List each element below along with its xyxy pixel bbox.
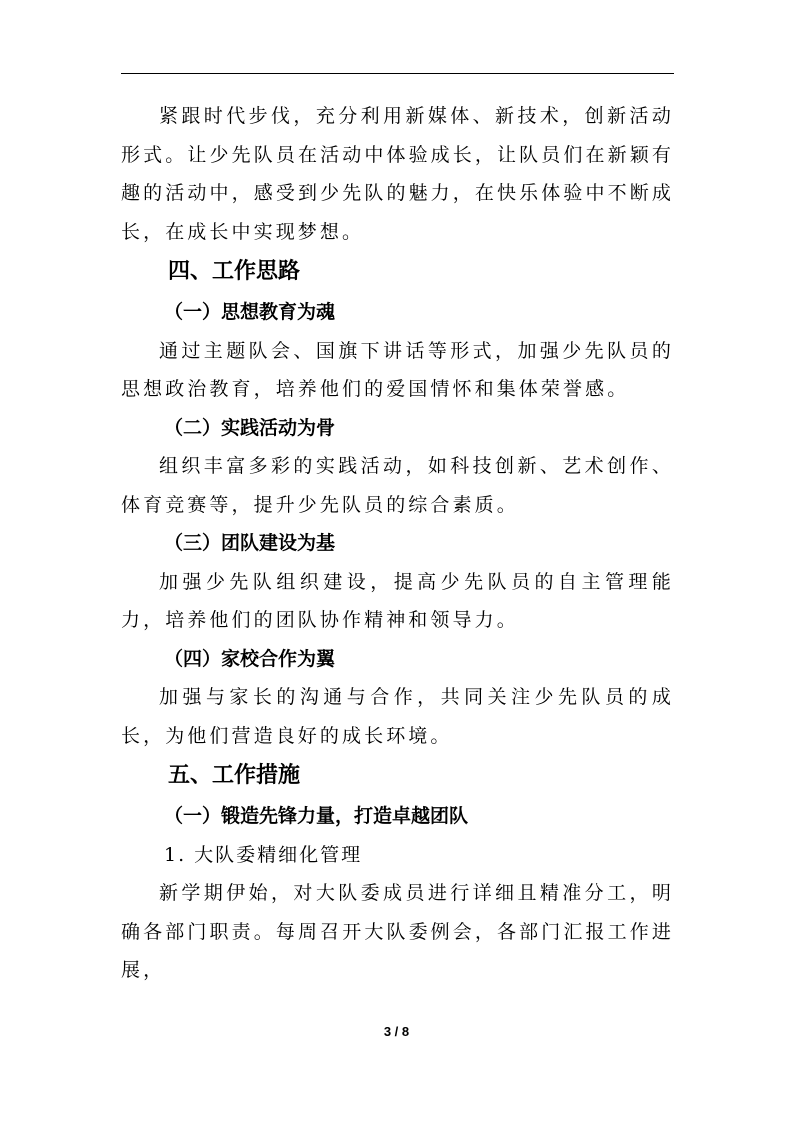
item-heading-5-1-1: 1. 大队委精细化管理 bbox=[121, 836, 674, 875]
paragraph-intro: 紧跟时代步伐，充分利用新媒体、新技术，创新活动形式。让少先队员在活动中体验成长，… bbox=[121, 97, 674, 251]
section-heading-5: 五、工作措施 bbox=[121, 755, 674, 797]
subheading-4-4: （四）家校合作为翼 bbox=[121, 640, 674, 679]
section-heading-4: 四、工作思路 bbox=[121, 251, 674, 293]
paragraph-4-1: 通过主题队会、国旗下讲话等形式，加强少先队员的思想政治教育，培养他们的爱国情怀和… bbox=[121, 332, 674, 409]
paragraph-4-4: 加强与家长的沟通与合作，共同关注少先队员的成长，为他们营造良好的成长环境。 bbox=[121, 678, 674, 755]
subheading-4-2: （二）实践活动为骨 bbox=[121, 409, 674, 448]
paragraph-5-1-1: 新学期伊始，对大队委成员进行详细且精准分工，明确各部门职责。每周召开大队委例会，… bbox=[121, 874, 674, 990]
page-content: 紧跟时代步伐，充分利用新媒体、新技术，创新活动形式。让少先队员在活动中体验成长，… bbox=[121, 97, 674, 990]
paragraph-4-2: 组织丰富多彩的实践活动，如科技创新、艺术创作、体育竞赛等，提升少先队员的综合素质… bbox=[121, 447, 674, 524]
header-rule bbox=[121, 73, 674, 74]
paragraph-4-3: 加强少先队组织建设，提高少先队员的自主管理能力，培养他们的团队协作精神和领导力。 bbox=[121, 563, 674, 640]
page-number: 3 / 8 bbox=[0, 1024, 793, 1039]
subheading-4-3: （三）团队建设为基 bbox=[121, 524, 674, 563]
subheading-5-1: （一）锻造先锋力量，打造卓越团队 bbox=[121, 797, 674, 836]
subheading-4-1: （一）思想教育为魂 bbox=[121, 293, 674, 332]
